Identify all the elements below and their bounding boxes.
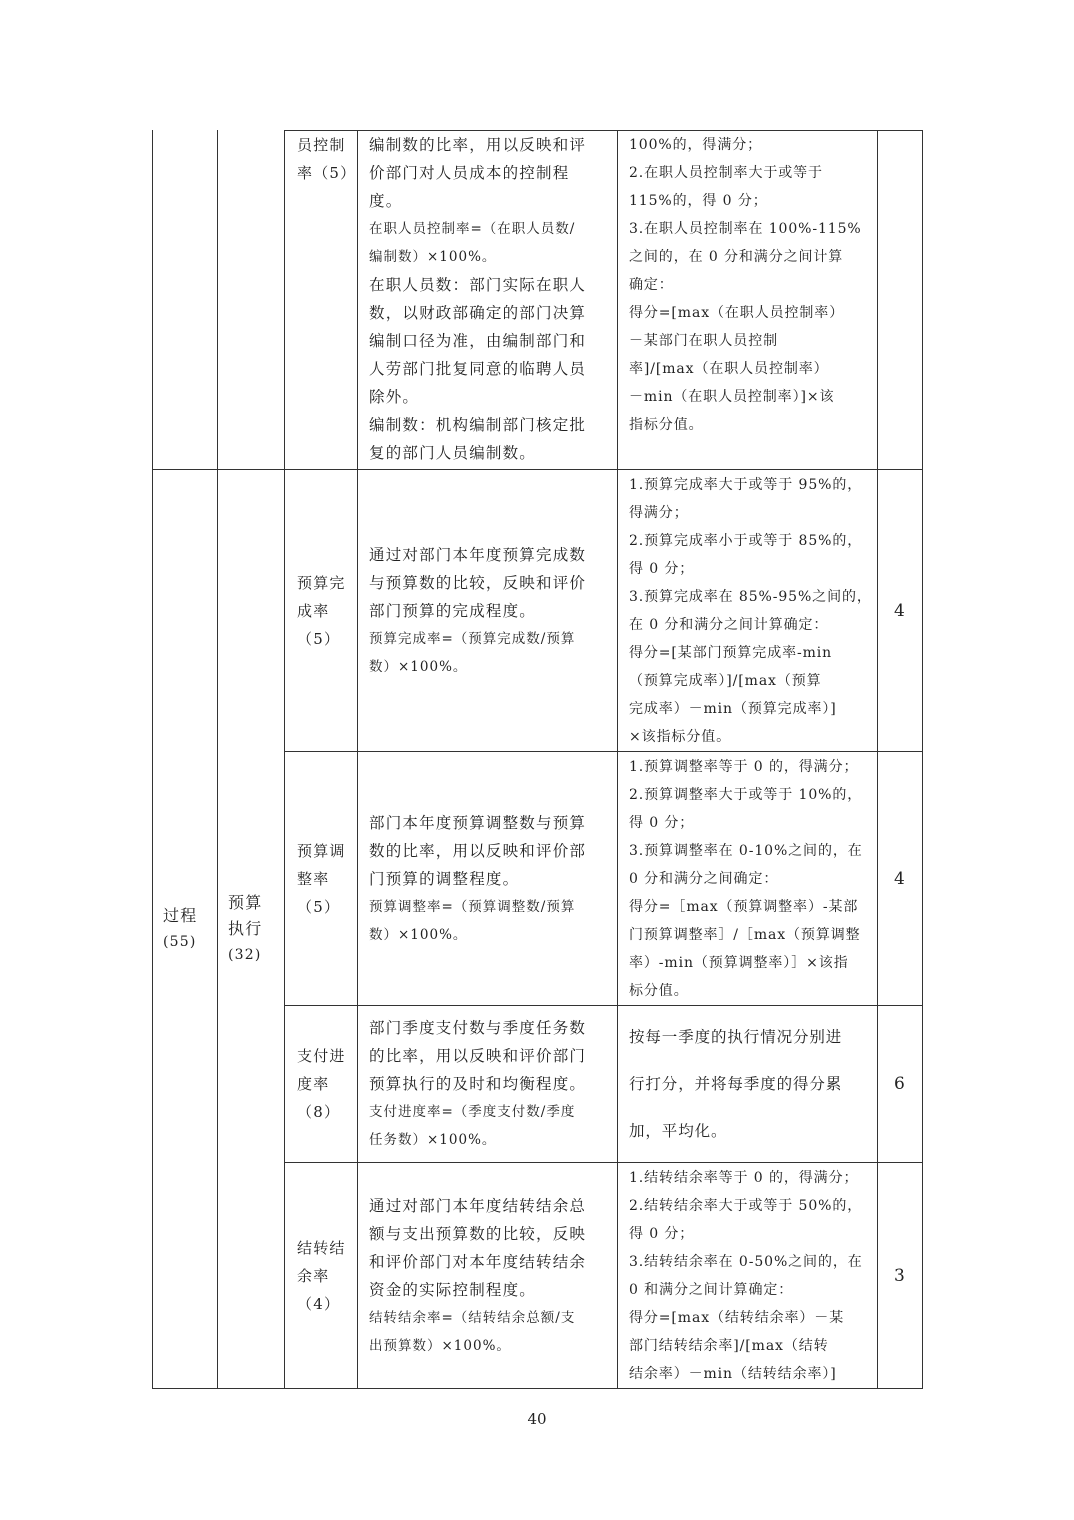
indicator-line: 结转结 bbox=[297, 1234, 357, 1262]
criteria-line: 完成率）－min（预算完成率）] bbox=[629, 695, 873, 723]
description-line: 人劳部门批复同意的临聘人员 bbox=[369, 355, 613, 383]
indicator-line: 员控制 bbox=[297, 131, 357, 159]
level2-indicator-cell: 预算 执行 (32) bbox=[218, 470, 284, 1388]
level1-indicator-cell: 过程 (55) bbox=[153, 470, 217, 1388]
criteria-line: 率]/[max（在职人员控制率） bbox=[629, 355, 873, 383]
formula-line: 出预算数）×100%。 bbox=[369, 1332, 613, 1360]
table-border-bottom bbox=[152, 1388, 923, 1389]
criteria-line: 0 和满分之间计算确定： bbox=[629, 1276, 873, 1304]
description-line: 的比率，用以反映和评价部门 bbox=[369, 1042, 613, 1070]
formula-line: 数）×100%。 bbox=[369, 653, 613, 681]
criteria-line: 得分=[max（在职人员控制率） bbox=[629, 299, 873, 327]
score-cell: 4 bbox=[878, 752, 922, 1005]
criteria-line: 得满分； bbox=[629, 499, 873, 527]
criteria-line: 2.预算完成率小于或等于 85%的， bbox=[629, 527, 873, 555]
formula-line: 结转结余率=（结转结余总额/支 bbox=[369, 1304, 613, 1332]
criteria-line: 按每一季度的执行情况分别进 bbox=[629, 1014, 873, 1061]
description-line: 编制口径为准，由编制部门和 bbox=[369, 327, 613, 355]
criteria-line: 加，平均化。 bbox=[629, 1108, 873, 1155]
criteria-line: 率）-min（预算调整率）］×该指 bbox=[629, 949, 873, 977]
score-value: 4 bbox=[894, 865, 906, 893]
criteria-line: 门预算调整率］/［max（预算调整 bbox=[629, 921, 873, 949]
formula-line: 编制数）×100%。 bbox=[369, 243, 613, 271]
description-line: 额与支出预算数的比较，反映 bbox=[369, 1220, 613, 1248]
formula-line: 预算调整率=（预算调整数/预算 bbox=[369, 893, 613, 921]
indicator-line: 率（5） bbox=[297, 159, 357, 187]
criteria-line: （预算完成率）]/[max（预算 bbox=[629, 667, 873, 695]
criteria-cell: 1.预算完成率大于或等于 95%的， 得满分； 2.预算完成率小于或等于 85%… bbox=[618, 470, 877, 751]
formula-line: 在职人员控制率=（在职人员数/ bbox=[369, 215, 613, 243]
criteria-line: 2.结转结余率大于或等于 50%的， bbox=[629, 1192, 873, 1220]
indicator-line: 成率 bbox=[297, 597, 357, 625]
indicator-line: （5） bbox=[297, 625, 357, 653]
document-page: 员控制 率（5） 编制数的比率，用以反映和评 价部门对人员成本的控制程 度。 在… bbox=[0, 0, 1074, 1520]
formula-line: 数）×100%。 bbox=[369, 921, 613, 949]
description-line: 和评价部门对本年度结转结余 bbox=[369, 1248, 613, 1276]
formula-line: 预算完成率=（预算完成数/预算 bbox=[369, 625, 613, 653]
criteria-cell: 1.结转结余率等于 0 的，得满分； 2.结转结余率大于或等于 50%的， 得 … bbox=[618, 1163, 877, 1388]
description-line: 数，以财政部确定的部门决算 bbox=[369, 299, 613, 327]
indicator-line: 预算调 bbox=[297, 837, 357, 865]
criteria-line: 3.预算完成率在 85%-95%之间的， bbox=[629, 583, 873, 611]
description-cell: 通过对部门本年度结转结余总 额与支出预算数的比较，反映 和评价部门对本年度结转结… bbox=[358, 1163, 617, 1388]
level2-weight: (32) bbox=[228, 942, 284, 968]
criteria-line: 结余率）－min（结转结余率）] bbox=[629, 1360, 873, 1388]
description-line: 部门预算的完成程度。 bbox=[369, 597, 613, 625]
criteria-line: 得 0 分； bbox=[629, 809, 873, 837]
description-line: 通过对部门本年度预算完成数 bbox=[369, 541, 613, 569]
description-cell: 通过对部门本年度预算完成数 与预算数的比较，反映和评价 部门预算的完成程度。 预… bbox=[358, 470, 617, 751]
indicator-line: （8） bbox=[297, 1098, 357, 1126]
criteria-line: 1.结转结余率等于 0 的，得满分； bbox=[629, 1164, 873, 1192]
criteria-line: －min（在职人员控制率）]×该 bbox=[629, 383, 873, 411]
page-number: 40 bbox=[0, 1410, 1074, 1428]
criteria-line: 在 0 分和满分之间计算确定： bbox=[629, 611, 873, 639]
criteria-cell: 按每一季度的执行情况分别进 行打分，并将每季度的得分累 加，平均化。 bbox=[618, 1006, 877, 1162]
formula-line: 支付进度率=（季度支付数/季度 bbox=[369, 1098, 613, 1126]
criteria-line: 115%的，得 0 分； bbox=[629, 187, 873, 215]
level1-weight: (55) bbox=[163, 929, 217, 955]
description-line: 复的部门人员编制数。 bbox=[369, 439, 613, 467]
description-cell: 部门季度支付数与季度任务数 的比率，用以反映和评价部门 预算执行的及时和均衡程度… bbox=[358, 1006, 617, 1162]
score-value: 6 bbox=[894, 1070, 906, 1098]
description-line: 资金的实际控制程度。 bbox=[369, 1276, 613, 1304]
indicator-line: （4） bbox=[297, 1290, 357, 1318]
criteria-line: 3.结转结余率在 0-50%之间的，在 bbox=[629, 1248, 873, 1276]
description-line: 价部门对人员成本的控制程 bbox=[369, 159, 613, 187]
criteria-line: 标分值。 bbox=[629, 977, 873, 1005]
score-cell: 6 bbox=[878, 1006, 922, 1162]
table-border-right bbox=[922, 130, 923, 1389]
level2-label-line: 执行 bbox=[228, 916, 284, 942]
criteria-line: 0 分和满分之间确定： bbox=[629, 865, 873, 893]
criteria-line: 100%的，得满分； bbox=[629, 131, 873, 159]
description-line: 部门本年度预算调整数与预算 bbox=[369, 809, 613, 837]
score-value: 3 bbox=[894, 1262, 906, 1290]
description-line: 门预算的调整程度。 bbox=[369, 865, 613, 893]
criteria-line: 3.在职人员控制率在 100%-115% bbox=[629, 215, 873, 243]
description-line: 预算执行的及时和均衡程度。 bbox=[369, 1070, 613, 1098]
criteria-line: 1.预算完成率大于或等于 95%的， bbox=[629, 471, 873, 499]
criteria-line: 1.预算调整率等于 0 的，得满分； bbox=[629, 753, 873, 781]
level1-label: 过程 bbox=[163, 903, 217, 929]
description-line: 与预算数的比较，反映和评价 bbox=[369, 569, 613, 597]
indicator-cell-continued: 员控制 率（5） bbox=[285, 130, 357, 469]
description-line: 部门季度支付数与季度任务数 bbox=[369, 1014, 613, 1042]
indicator-cell: 支付进 度率 （8） bbox=[285, 1006, 357, 1162]
description-line: 数的比率，用以反映和评价部 bbox=[369, 837, 613, 865]
indicator-cell: 预算完 成率 （5） bbox=[285, 470, 357, 751]
criteria-line: 2.在职人员控制率大于或等于 bbox=[629, 159, 873, 187]
description-cell: 部门本年度预算调整数与预算 数的比率，用以反映和评价部 门预算的调整程度。 预算… bbox=[358, 752, 617, 1005]
indicator-line: （5） bbox=[297, 893, 357, 921]
indicator-cell: 结转结 余率 （4） bbox=[285, 1163, 357, 1388]
criteria-line: 得 0 分； bbox=[629, 555, 873, 583]
description-line: 编制数的比率，用以反映和评 bbox=[369, 131, 613, 159]
indicator-line: 余率 bbox=[297, 1262, 357, 1290]
criteria-line: 指标分值。 bbox=[629, 411, 873, 439]
criteria-line: 确定： bbox=[629, 271, 873, 299]
description-line: 在职人员数：部门实际在职人 bbox=[369, 271, 613, 299]
indicator-cell: 预算调 整率 （5） bbox=[285, 752, 357, 1005]
formula-line: 任务数）×100%。 bbox=[369, 1126, 613, 1154]
indicator-line: 整率 bbox=[297, 865, 357, 893]
description-line: 除外。 bbox=[369, 383, 613, 411]
criteria-line: 得 0 分； bbox=[629, 1220, 873, 1248]
description-line: 度。 bbox=[369, 187, 613, 215]
level2-label-line: 预算 bbox=[228, 890, 284, 916]
criteria-line: 得分=[max（结转结余率）－某 bbox=[629, 1304, 873, 1332]
criteria-line: 行打分，并将每季度的得分累 bbox=[629, 1061, 873, 1108]
indicator-line: 预算完 bbox=[297, 569, 357, 597]
description-cell-continued: 编制数的比率，用以反映和评 价部门对人员成本的控制程 度。 在职人员控制率=（在… bbox=[358, 130, 617, 469]
criteria-line: 2.预算调整率大于或等于 10%的， bbox=[629, 781, 873, 809]
criteria-cell: 1.预算调整率等于 0 的，得满分； 2.预算调整率大于或等于 10%的， 得 … bbox=[618, 752, 877, 1005]
criteria-line: ×该指标分值。 bbox=[629, 723, 873, 751]
criteria-line: 部门结转结余率]/[max（结转 bbox=[629, 1332, 873, 1360]
indicator-line: 度率 bbox=[297, 1070, 357, 1098]
score-cell: 4 bbox=[878, 470, 922, 751]
criteria-line: 之间的，在 0 分和满分之间计算 bbox=[629, 243, 873, 271]
indicator-line: 支付进 bbox=[297, 1042, 357, 1070]
criteria-line: 得分=［max（预算调整率）-某部 bbox=[629, 893, 873, 921]
criteria-line: 3.预算调整率在 0-10%之间的，在 bbox=[629, 837, 873, 865]
criteria-line: －某部门在职人员控制 bbox=[629, 327, 873, 355]
score-cell: 3 bbox=[878, 1163, 922, 1388]
criteria-line: 得分=[某部门预算完成率-min bbox=[629, 639, 873, 667]
criteria-cell-continued: 100%的，得满分； 2.在职人员控制率大于或等于 115%的，得 0 分； 3… bbox=[618, 130, 877, 469]
description-line: 通过对部门本年度结转结余总 bbox=[369, 1192, 613, 1220]
score-value: 4 bbox=[894, 597, 906, 625]
description-line: 编制数：机构编制部门核定批 bbox=[369, 411, 613, 439]
